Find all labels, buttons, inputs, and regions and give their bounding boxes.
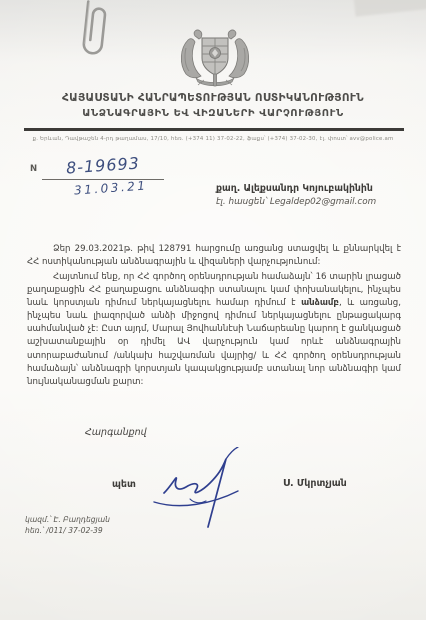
closing-regards: Հարգանքով [85,427,147,438]
recipient-email: էլ. հասցեն՝ Legaldep02@gmail.com [216,197,416,207]
letterhead-divider [24,128,404,131]
body-paragraph-2-emphasis: անձամբ [301,298,339,308]
letter-footer: կազմ.՝ Է. Բաղդեցյան հեռ.՝ /011/ 37-02-39 [25,514,110,536]
letterhead-line2: ԱՆՁՆԱԳՐԱՅԻՆ ԵՎ ՎԻԶԱՆԵՐԻ ՎԱՐՉՈՒԹՅՈՒՆ [0,108,426,119]
letter-body: Ձեր 29.03.2021թ. թիվ 128791 հարցումը առց… [27,243,401,391]
footer-prepared-by: կազմ.՝ Է. Բաղդեցյան [25,514,110,525]
coat-of-arms-armenia [176,26,254,88]
footer-phone: հեռ.՝ /011/ 37-02-39 [25,525,110,536]
recipient-name: քաղ. Ալեքսանդր Կոյուբակինին [216,183,416,194]
reference-n-label: N [30,164,37,174]
signer-name: Ս. Մկրտչյան [283,478,347,489]
handwritten-date: 31.03.21 [74,178,148,197]
body-paragraph-2-text-cont: , և առցանց, ինչպես նաև լիազորված անձի մի… [27,298,401,386]
body-paragraph-1: Ձեր 29.03.2021թ. թիվ 128791 հարցումը առց… [27,243,401,269]
handwritten-reference-number: 8-19693 [65,153,140,177]
body-paragraph-2: Հայտնում ենք, որ ՀՀ գործող օրենսդրության… [27,271,401,389]
scanned-letter-page: ՀԱՅԱՍՏԱՆԻ ՀԱՆՐԱՊԵՏՈՒԹՅԱՆ ՈՍՏԻԿԱՆՈՒԹՅՈՒՆ … [0,0,426,620]
handwritten-signature [146,447,276,535]
signer-title: պետ [112,479,136,490]
letterhead-address: ք. Երևան, Դավթաշեն 4-րդ թաղամաս, 17/10, … [0,136,426,142]
paperclip-icon [70,0,112,66]
letterhead-line1: ՀԱՅԱՍՏԱՆԻ ՀԱՆՐԱՊԵՏՈՒԹՅԱՆ ՈՍՏԻԿԱՆՈՒԹՅՈՒՆ [0,92,426,104]
